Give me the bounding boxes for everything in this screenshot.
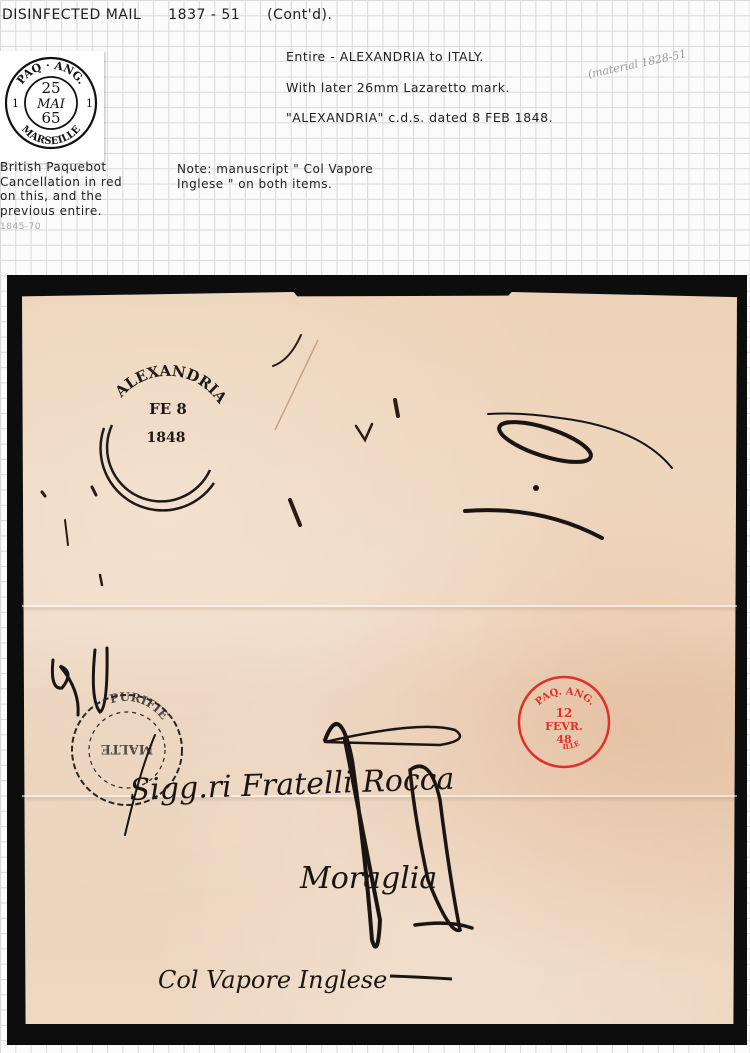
header-contd: (Cont'd). — [267, 7, 332, 23]
manuscript-note: Note: manuscript " Col Vapore Inglese " … — [177, 162, 387, 191]
svg-text:1: 1 — [12, 97, 19, 110]
cover-fold-lower — [22, 795, 737, 797]
header-title: DISINFECTED MAIL — [2, 7, 141, 23]
description-line-3: "ALEXANDRIA" c.d.s. dated 8 FEB 1848. — [286, 110, 553, 125]
svg-text:25: 25 — [41, 79, 60, 97]
cover-fold-upper — [22, 605, 737, 607]
page-header: DISINFECTED MAIL 1837 - 51 (Cont'd). — [2, 7, 354, 23]
left-note-text: British Paquebot Cancellation in red on … — [0, 160, 122, 218]
description-line-2: With later 26mm Lazaretto mark. — [286, 80, 510, 95]
paquebot-postmark-icon: PAQ · ANG. MARSEILLE 25 MAI 65 1 1 — [0, 51, 104, 163]
svg-text:65: 65 — [41, 109, 60, 127]
left-note-pencil: 1845-70 — [0, 222, 41, 232]
postal-cover — [22, 292, 737, 1024]
header-years: 1837 - 51 — [168, 7, 240, 23]
svg-text:MARSEILLE: MARSEILLE — [19, 124, 83, 148]
british-paquebot-note: British Paquebot Cancellation in red on … — [0, 160, 130, 235]
pencil-note: (material 1828-51 — [587, 47, 688, 81]
svg-text:1: 1 — [86, 97, 93, 110]
paquebot-cancel-card: PAQ · ANG. MARSEILLE 25 MAI 65 1 1 — [0, 51, 104, 163]
description-line-1: Entire - ALEXANDRIA to ITALY. — [286, 49, 484, 64]
